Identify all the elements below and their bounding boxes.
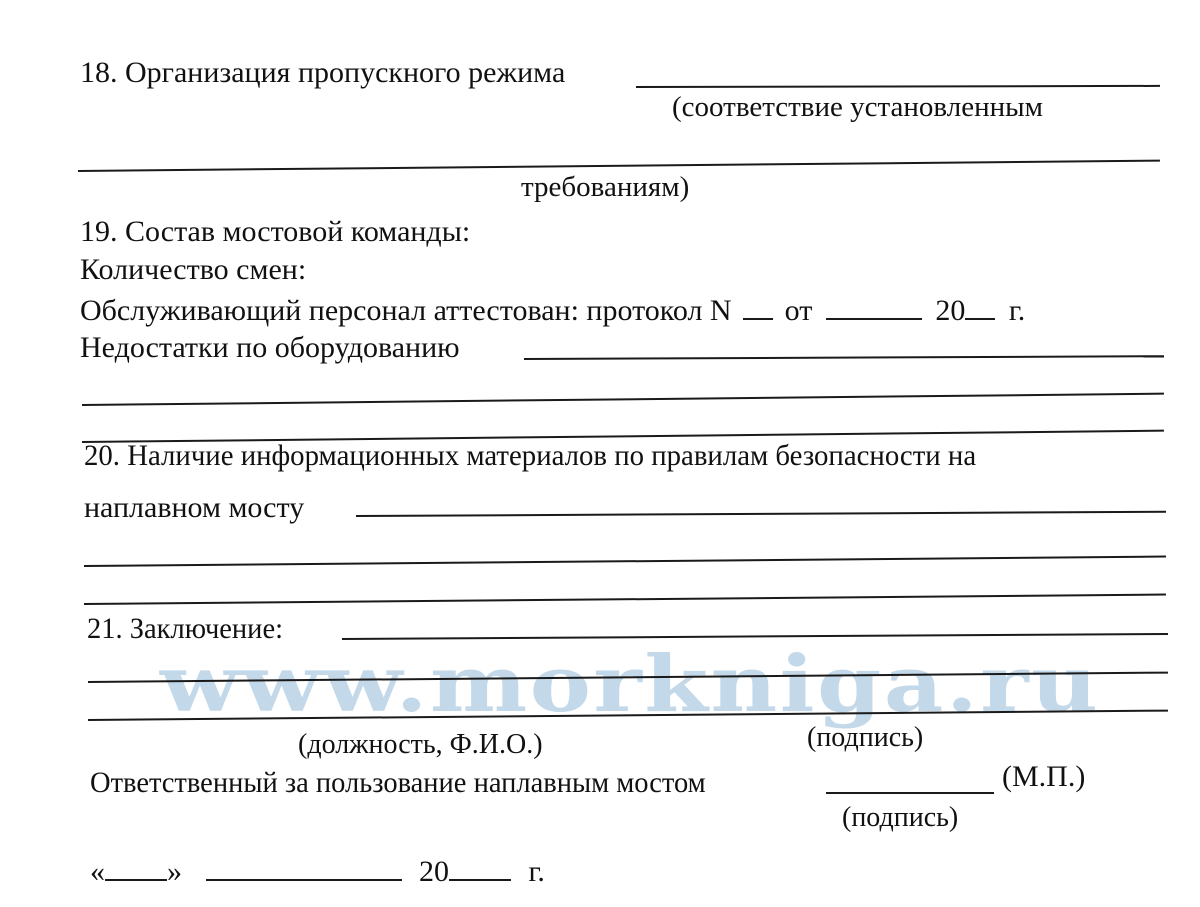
- item18-label: 18. Организация пропускного режима: [80, 58, 565, 88]
- date-year-prefix: 20: [419, 855, 449, 888]
- date-month-field[interactable]: [206, 852, 402, 881]
- staff-certified-year-suffix: г.: [1009, 294, 1025, 327]
- item18-hint-line2: требованиям): [521, 173, 689, 202]
- caption-signature-2: (подпись): [842, 804, 958, 832]
- date-close-quote: »: [167, 855, 182, 888]
- item21-label: 21. Заключение:: [87, 614, 283, 644]
- item19-shifts-label: Количество смен:: [80, 255, 306, 285]
- protocol-date-field[interactable]: [826, 291, 922, 320]
- item19-equipment-defects-label: Недостатки по оборудованию: [80, 333, 460, 363]
- date-day-field[interactable]: [105, 852, 167, 881]
- date-year-field[interactable]: [449, 852, 511, 881]
- equipment-defects-line-2[interactable]: [82, 393, 1164, 406]
- item18-entry-line-1[interactable]: [636, 85, 1160, 88]
- responsible-stamp: (М.П.): [1002, 762, 1085, 792]
- item19-label: 19. Состав мостовой команды:: [80, 217, 470, 247]
- item19-staff-certified-row: Обслуживающий персонал аттестован: прото…: [80, 291, 1025, 326]
- protocol-number-field[interactable]: [743, 291, 773, 320]
- caption-signature-1: (подпись): [807, 724, 923, 752]
- protocol-year-field[interactable]: [965, 291, 995, 320]
- equipment-defects-line-1[interactable]: [524, 355, 1164, 360]
- staff-certified-from: от: [785, 294, 813, 327]
- date-open-quote: «: [90, 855, 105, 888]
- info-materials-line-2[interactable]: [84, 556, 1166, 567]
- item20-label-line2: наплавном мосту: [84, 493, 304, 523]
- date-year-suffix: г.: [529, 855, 545, 888]
- info-materials-line-3[interactable]: [84, 594, 1166, 605]
- info-materials-line-1[interactable]: [356, 511, 1166, 517]
- responsible-label: Ответственный за пользование наплавным м…: [90, 768, 706, 798]
- staff-certified-year-prefix: 20: [935, 294, 965, 327]
- form-page: www.morkniga.ru 18. Организация пропускн…: [0, 0, 1200, 907]
- item20-label-line1: 20. Наличие информационных материалов по…: [84, 441, 976, 471]
- item18-hint-line1: (соответствие установленным: [672, 93, 1043, 122]
- caption-position-name: (должность, Ф.И.О.): [298, 731, 543, 759]
- responsible-signature-line[interactable]: [826, 792, 994, 794]
- date-line: «» 20 г.: [90, 852, 545, 887]
- staff-certified-prefix: Обслуживающий персонал аттестован: прото…: [80, 294, 732, 327]
- responsible-label-text: Ответственный за пользование наплавным м…: [90, 766, 706, 799]
